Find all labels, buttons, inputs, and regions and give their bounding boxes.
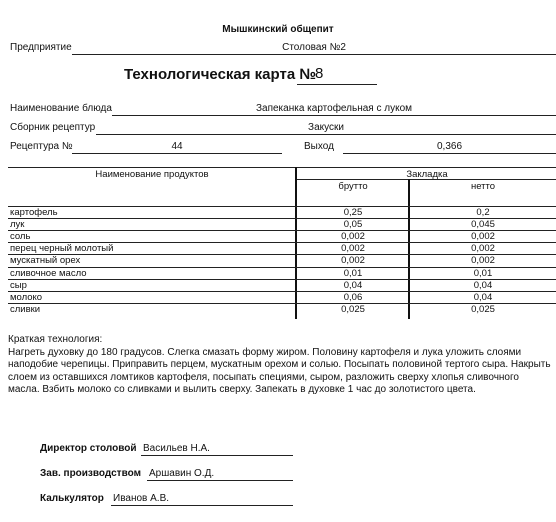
director-value: Васильев Н.А. [143, 443, 210, 454]
dish-label: Наименование блюда [10, 103, 112, 114]
yield-label: Выход [304, 141, 334, 152]
collection-underline [96, 134, 556, 135]
director-underline [141, 455, 293, 456]
bookmark-underline [296, 179, 556, 180]
production-value: Аршавин О.Д. [149, 468, 214, 479]
product-name: сливки [10, 304, 40, 316]
table-top-border [8, 167, 556, 168]
enterprise-value: Столовая №2 [72, 42, 556, 53]
gross-value: 0,025 [298, 304, 408, 316]
technology-text: Нагреть духовку до 180 градусов. Слегка … [8, 347, 553, 397]
organization-name: Мышкинский общепит [0, 24, 556, 35]
table-row: сливки0,0250,025 [8, 304, 556, 316]
technology-label: Краткая технология: [8, 334, 553, 347]
col-header-products: Наименование продуктов [8, 169, 296, 180]
calculator-label: Калькулятор [40, 493, 104, 504]
enterprise-underline [72, 54, 556, 55]
card-number-underline [297, 84, 377, 85]
yield-value: 0,366 [343, 141, 556, 152]
production-underline [147, 480, 293, 481]
director-label: Директор столовой [40, 443, 137, 454]
col-header-gross: брутто [298, 181, 408, 192]
calculator-value: Иванов А.В. [113, 493, 169, 504]
card-number: 8 [315, 65, 323, 82]
net-value: 0,025 [410, 304, 556, 316]
dish-underline [112, 115, 556, 116]
calculator-underline [111, 505, 293, 506]
dish-value: Запеканка картофельная с луком [112, 103, 556, 114]
yield-underline [343, 153, 556, 154]
recipe-value: 44 [72, 141, 282, 152]
collection-value: Закуски [96, 122, 556, 133]
enterprise-label: Предприятие [10, 42, 72, 53]
technology-section: Краткая технология: Нагреть духовку до 1… [8, 334, 553, 397]
recipe-label: Рецептура № [10, 141, 73, 152]
col-header-net: нетто [410, 181, 556, 192]
production-label: Зав. производством [40, 468, 141, 479]
collection-label: Сборник рецептур [10, 122, 95, 133]
recipe-underline [72, 153, 282, 154]
page-title: Технологическая карта № [124, 66, 316, 83]
